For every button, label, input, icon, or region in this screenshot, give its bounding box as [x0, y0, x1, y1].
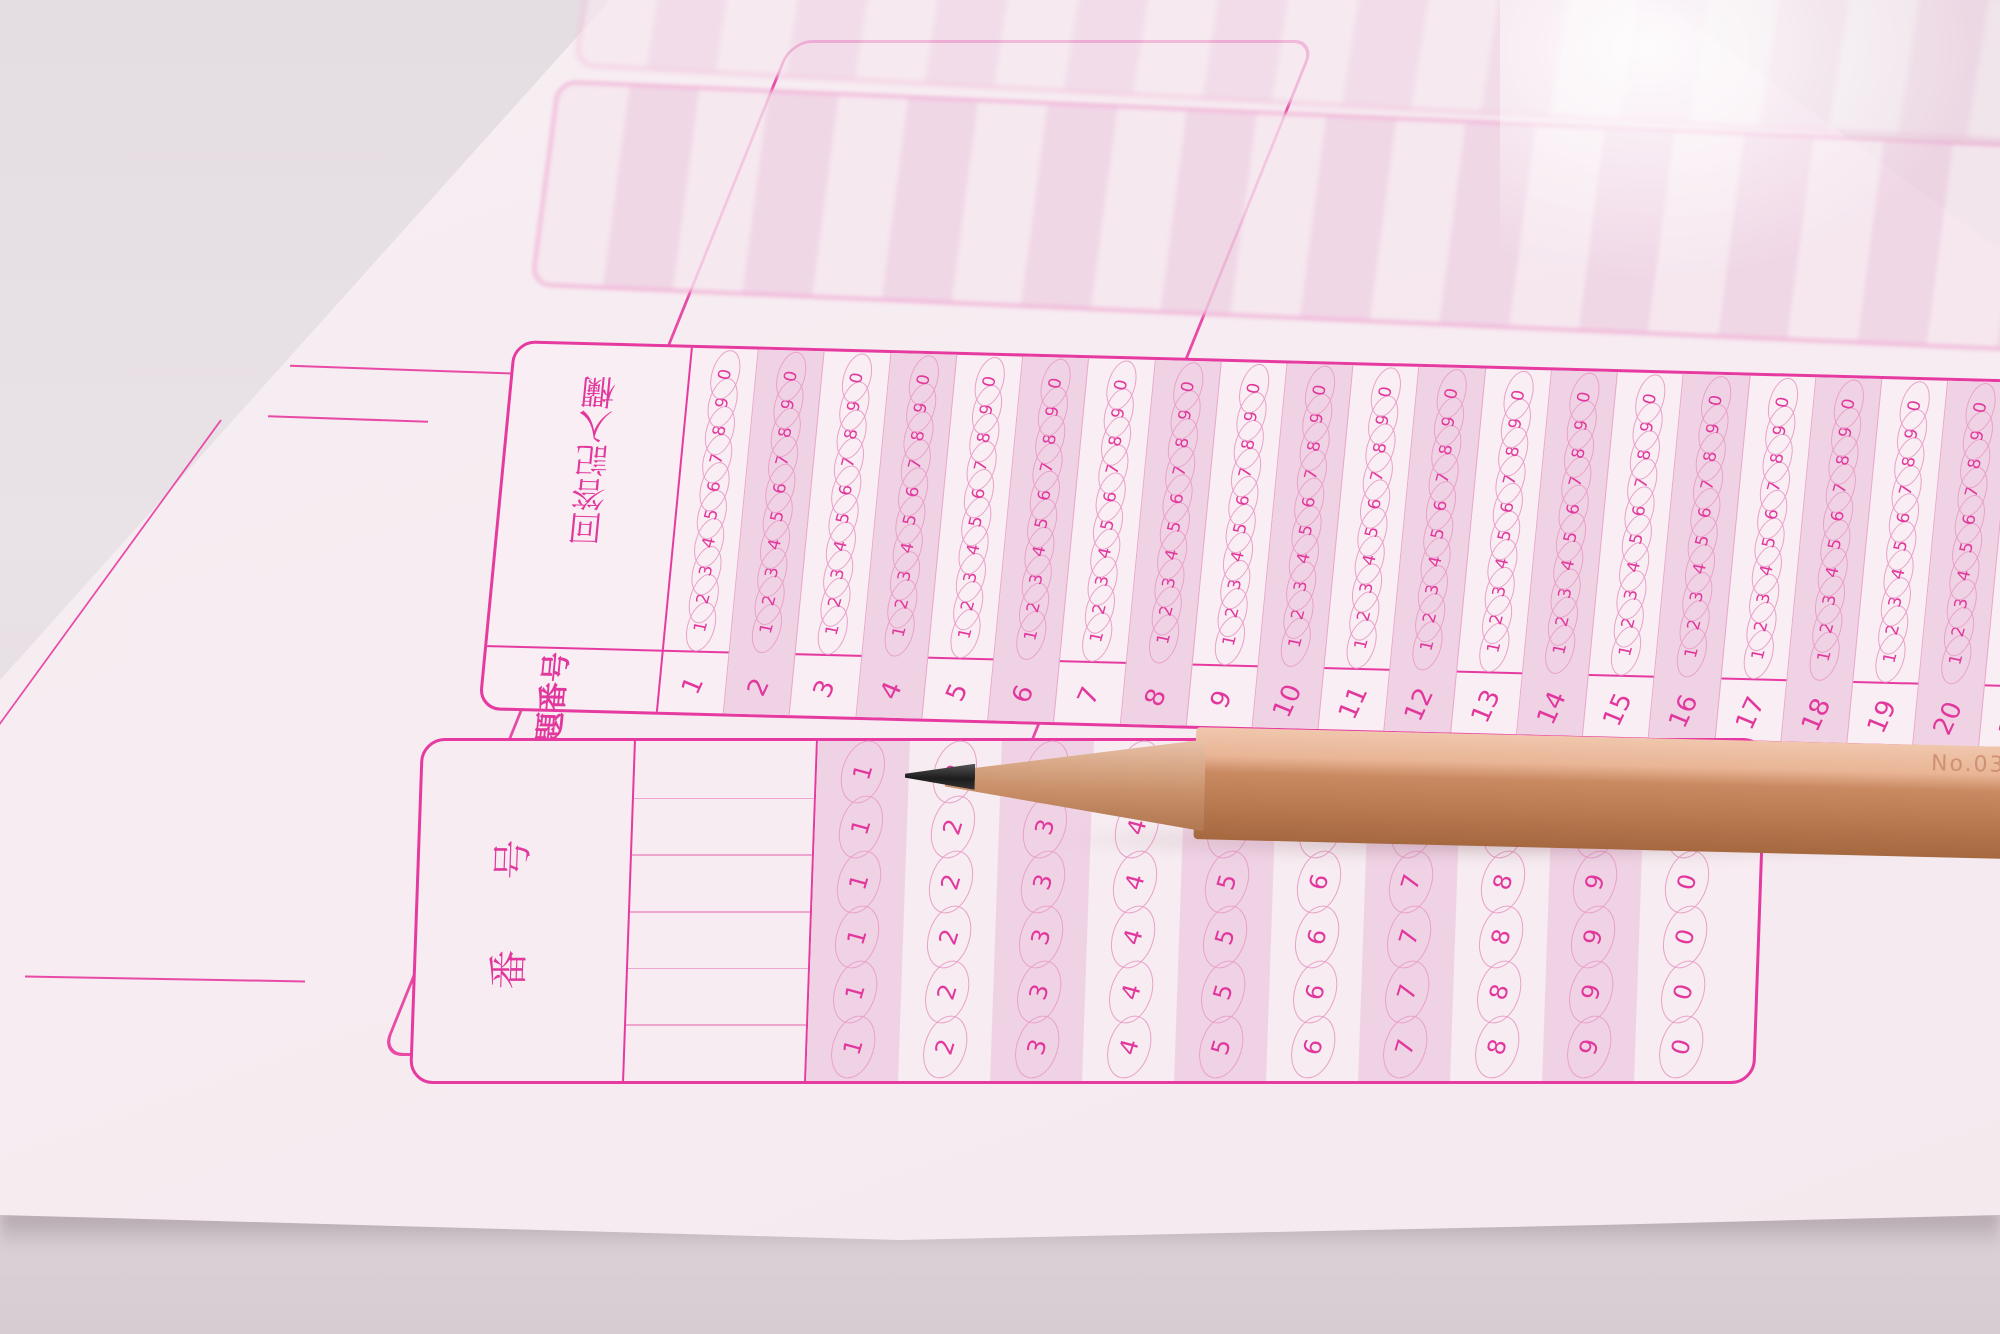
answer-entry-block: 回答記入欄 問題番号 12345678901123456789021234567…	[478, 340, 2000, 755]
answer-bubble[interactable]: 0	[771, 349, 811, 404]
answer-bubble[interactable]: 0	[1366, 365, 1406, 420]
id-bubble[interactable]: 1	[824, 1011, 883, 1084]
id-bubble[interactable]: 4	[1100, 1011, 1159, 1084]
light-glare	[1500, 0, 2000, 300]
answer-bubble[interactable]: 0	[1960, 380, 2000, 435]
question-number: 16	[1657, 676, 1712, 748]
id-label-char: 号	[481, 840, 539, 880]
answer-entry-label: 回答記入欄	[557, 375, 613, 546]
answer-bubble[interactable]: 0	[1102, 358, 1142, 413]
id-write-row-line	[634, 798, 814, 800]
question-number: 9	[1194, 664, 1249, 736]
question-number: 11	[1326, 667, 1381, 739]
answer-columns: 1234567890112345678902123456789031234567…	[658, 348, 2000, 752]
question-number: 10	[1260, 665, 1315, 737]
id-write-row-line	[632, 854, 812, 856]
pencil-body: No.03	[1194, 727, 2000, 859]
id-bubble[interactable]: 7	[1376, 1011, 1435, 1084]
answer-bubble[interactable]: 0	[1630, 372, 1670, 427]
question-number: 14	[1524, 672, 1579, 744]
question-number: 12	[1392, 669, 1447, 741]
question-number: 6	[996, 658, 1051, 730]
pencil-sharpened-wood	[944, 733, 1206, 831]
question-number: 15	[1590, 674, 1645, 746]
id-bubble[interactable]: 2	[916, 1011, 975, 1084]
id-bubble[interactable]: 8	[1468, 1011, 1527, 1084]
id-digit-column: 111111	[806, 741, 910, 1081]
id-write-row-line	[628, 968, 808, 970]
pencil-stamp: No.03	[1931, 751, 2000, 778]
question-number: 20	[1921, 683, 1976, 755]
id-bubble[interactable]: 5	[1192, 1011, 1251, 1084]
question-number: 21	[1987, 684, 2000, 756]
id-write-row-line	[630, 911, 810, 913]
question-number: 3	[798, 653, 853, 725]
question-number: 1	[665, 650, 720, 722]
id-label-column: 号 番	[412, 741, 636, 1081]
id-bubble[interactable]: 3	[1008, 1011, 1067, 1084]
question-number: 13	[1458, 671, 1513, 743]
question-number: 18	[1789, 679, 1844, 751]
answer-bubble[interactable]: 0	[705, 347, 745, 402]
answer-bubble[interactable]: 0	[1300, 363, 1340, 418]
answer-label-column: 回答記入欄 問題番号	[481, 343, 693, 712]
id-write-row-line	[626, 1024, 806, 1026]
question-number: 7	[1062, 660, 1117, 732]
answer-bubble[interactable]: 0	[837, 351, 877, 406]
id-label-char: 番	[477, 950, 535, 990]
question-number: 5	[930, 657, 985, 729]
photo-scene: 回答記入欄 問題番号 12345678901123456789021234567…	[0, 0, 2000, 1334]
question-number: 4	[864, 655, 919, 727]
answer-bubble[interactable]: 0	[1696, 373, 1736, 428]
id-bubble[interactable]: 0	[1652, 1011, 1711, 1084]
id-bubble[interactable]: 9	[1560, 1011, 1619, 1084]
pencil-lead-tip	[905, 762, 976, 790]
question-number: 8	[1128, 662, 1183, 734]
answer-bubble[interactable]: 0	[1432, 367, 1472, 422]
id-bubble[interactable]: 6	[1284, 1011, 1343, 1084]
id-write-in-boxes[interactable]	[624, 741, 818, 1081]
question-number: 2	[731, 651, 786, 723]
question-number: 19	[1855, 681, 1910, 753]
answer-bubble[interactable]: 0	[1035, 356, 1075, 411]
